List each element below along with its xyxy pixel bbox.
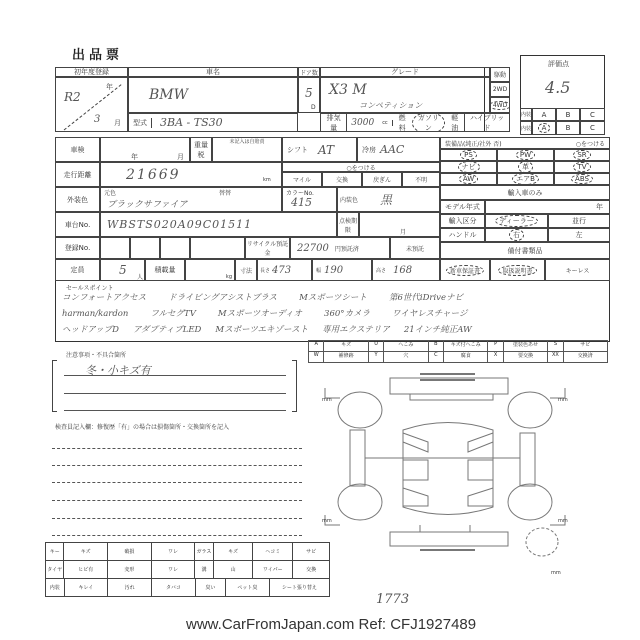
- import-dealer: ディーラー: [485, 214, 548, 228]
- tire-unit-rl: mm: [322, 518, 332, 524]
- height-value: 168: [389, 265, 412, 276]
- interior-grade-selected: A: [532, 121, 556, 135]
- equipment-leather: 革: [497, 161, 554, 173]
- car-diagram: [310, 360, 580, 560]
- grade-label: グレード: [320, 67, 490, 77]
- equipment-tv: TV: [554, 161, 610, 173]
- diagonal-divider: [56, 78, 128, 132]
- chassis-label: 車台No.: [55, 212, 100, 237]
- equipment-abs: ABS: [554, 173, 610, 185]
- tire-unit-rr: mm: [558, 518, 568, 524]
- inspection-value: 年 月: [100, 137, 190, 162]
- drive-4wd: 4WD: [490, 97, 510, 113]
- color-no-value: 415: [291, 196, 312, 209]
- capacity-value: 5: [119, 263, 127, 277]
- sales-points-list: コンフォートアクセス ドライビングアシストプラス Mスポーツシート 第6世代iD…: [62, 290, 607, 338]
- grade-cell: X3 M コンペティション: [320, 77, 490, 113]
- car-name-value: BMW: [128, 77, 298, 113]
- registration-label: 登録No.: [55, 237, 100, 259]
- displacement-value: 3000: [347, 118, 374, 128]
- capacity-label: 定員: [55, 259, 100, 281]
- mileage-label: 走行距離: [55, 162, 100, 187]
- capacity-cell: 5 人: [100, 259, 145, 281]
- exterior-color-value: ブラックサファイア: [107, 197, 187, 210]
- first-registration-cell: R2 年 3 月: [55, 77, 128, 132]
- recycle-cell: 22700 円預託済: [290, 237, 390, 259]
- color-no-cell: カラーNo. 415: [282, 187, 337, 212]
- accessories-header: 備付書類品: [440, 242, 610, 259]
- length-cell: 長さ 473: [257, 259, 312, 281]
- sheet-title: 出品票: [72, 44, 123, 63]
- chassis-value: WBSTS020A09C01511: [100, 212, 337, 237]
- accessory-keyless: キーレス: [545, 259, 610, 281]
- equipment-ps: PS: [440, 149, 497, 161]
- condition-table: キー キズ 破損 ワレ ガラス キズ ヘコミ サビ タイヤ ヒビ有 変形 ワレ …: [45, 542, 330, 597]
- exterior-color-cell: 元色 替替 ブラックサファイア: [100, 187, 282, 212]
- interior-color-cell: 内装色 黒: [337, 187, 440, 212]
- grade-sub-value: コンペティション: [359, 100, 422, 111]
- score-value: 4.5: [545, 78, 570, 97]
- car-name-label: 車名: [128, 67, 298, 77]
- doors-value: 5: [305, 86, 313, 100]
- import-header: 輸入車のみ: [440, 185, 610, 200]
- equipment-aw: AW: [440, 173, 497, 185]
- drive-2wd: 2WD: [490, 82, 510, 97]
- mileage-cell: 21669 km: [100, 162, 282, 187]
- first-registration-label: 初年度登録: [55, 67, 128, 77]
- equipment-airbag: エアB: [497, 173, 554, 185]
- mileage-value: 21669: [126, 167, 181, 183]
- tire-unit-fl: mm: [322, 397, 332, 403]
- tire-unit-spare: mm: [551, 570, 561, 576]
- width-cell: 幅 190: [312, 259, 372, 281]
- equipment-pw: PW: [497, 149, 554, 161]
- handle-right: 右: [485, 228, 548, 242]
- exterior-color-label: 外装色: [55, 187, 100, 212]
- equipment-sr: SR: [554, 149, 610, 161]
- fuel-gasoline: ガソリン: [412, 113, 446, 132]
- inspector-notes-label: 検査員記入欄：修復歴「有」の場合は損傷箇所・交換箇所を記入: [55, 422, 229, 431]
- inspection-label: 車検: [55, 137, 100, 162]
- drive-label: 駆動: [490, 67, 510, 82]
- doors-label: ドア数: [298, 67, 320, 77]
- shift-cell: シフト AT: [282, 137, 357, 162]
- equipment-header: 装備品(純正/社外 否) ○をつける: [440, 137, 610, 149]
- lot-number: 1773: [376, 592, 409, 607]
- shift-value: AT: [312, 143, 334, 157]
- grade-value: X3 M: [329, 82, 367, 98]
- aircon-cell: 冷房 AAC: [357, 137, 440, 162]
- model-code-value: 3BA - TS30: [152, 116, 223, 129]
- height-cell: 高さ 168: [372, 259, 440, 281]
- score-label: 評価点: [548, 59, 569, 69]
- tire-unit-fr: mm: [558, 397, 568, 403]
- length-value: 473: [272, 265, 291, 276]
- width-value: 190: [324, 265, 343, 276]
- recycle-value: 22700: [291, 243, 329, 254]
- model-code-cell: 型式 3BA - TS30: [128, 113, 298, 132]
- interior-color-value: 黒: [360, 191, 392, 208]
- aircon-value: AAC: [380, 143, 404, 156]
- displacement-fuel-row: 排気量 3000 cc 燃料 ガソリン 軽油 ハイブリッド: [320, 113, 510, 132]
- accessory-manual: 取扱説明書: [490, 259, 545, 281]
- watermark: www.CarFromJapan.com Ref: CFJ1927489: [186, 616, 476, 633]
- notes-label: 注意事項・不具合箇所: [66, 350, 126, 359]
- accessory-warranty: 新車保証書: [440, 259, 490, 281]
- equipment-navi: ナビ: [440, 161, 497, 173]
- doors-cell: 5 D: [298, 77, 320, 113]
